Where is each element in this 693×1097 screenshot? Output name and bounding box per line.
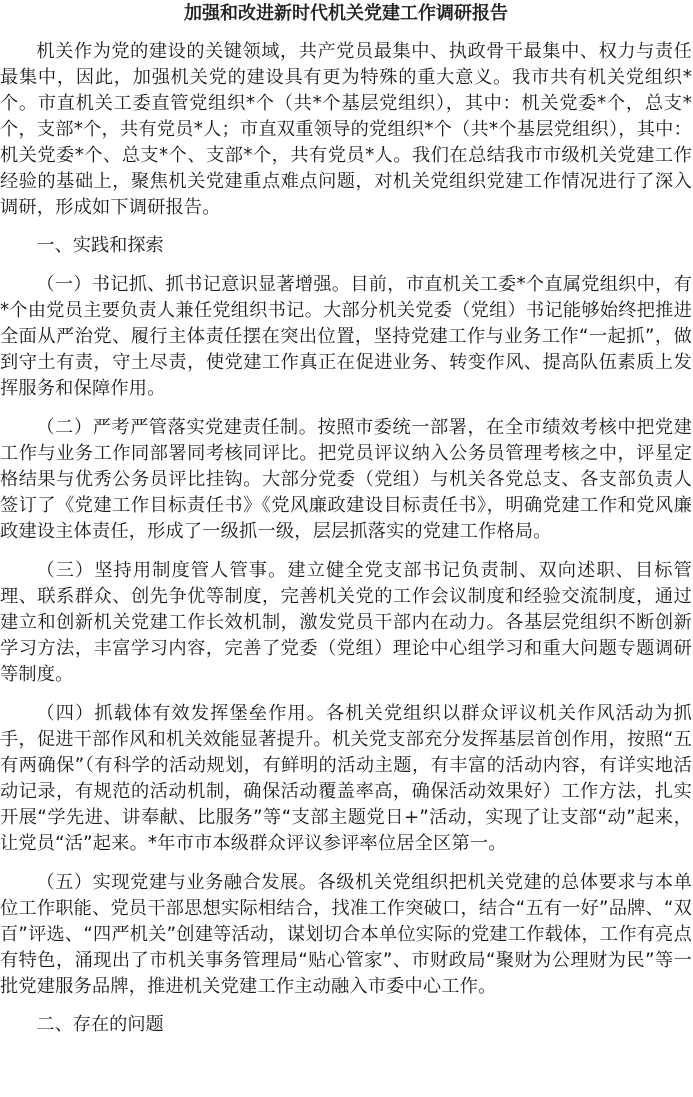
paragraph-5: （五）实现党建与业务融合发展。各级机关党组织把机关党建的总体要求与本单位工作职能… [0,870,692,1000]
section-heading-practice: 一、实践和探索 [0,233,692,259]
paragraph-3: （三）坚持用制度管人管事。建立健全党支部书记负责制、双向述职、目标管理、联系群众… [0,558,692,688]
paragraph-4: （四）抓载体有效发挥堡垒作用。各机关党组织以群众评议机关作风活动为抓手，促进干部… [0,701,692,857]
paragraph-1: （一）书记抓、抓书记意识显著增强。目前，市直机关工委*个直属党组织中，有*个由党… [0,272,692,402]
intro-paragraph: 机关作为党的建设的关键领域，共产党员最集中、执政骨干最集中、权力与责任最集中，因… [0,39,692,221]
section-heading-problems: 二、存在的问题 [0,1012,692,1038]
document: 加强和改进新时代机关党建工作调研报告 机关作为党的建设的关键领域，共产党员最集中… [0,0,693,1038]
paragraph-2: （二）严考严管落实党建责任制。按照市委统一部署，在全市绩效考核中把党建工作与业务… [0,415,692,545]
document-title: 加强和改进新时代机关党建工作调研报告 [0,0,692,27]
